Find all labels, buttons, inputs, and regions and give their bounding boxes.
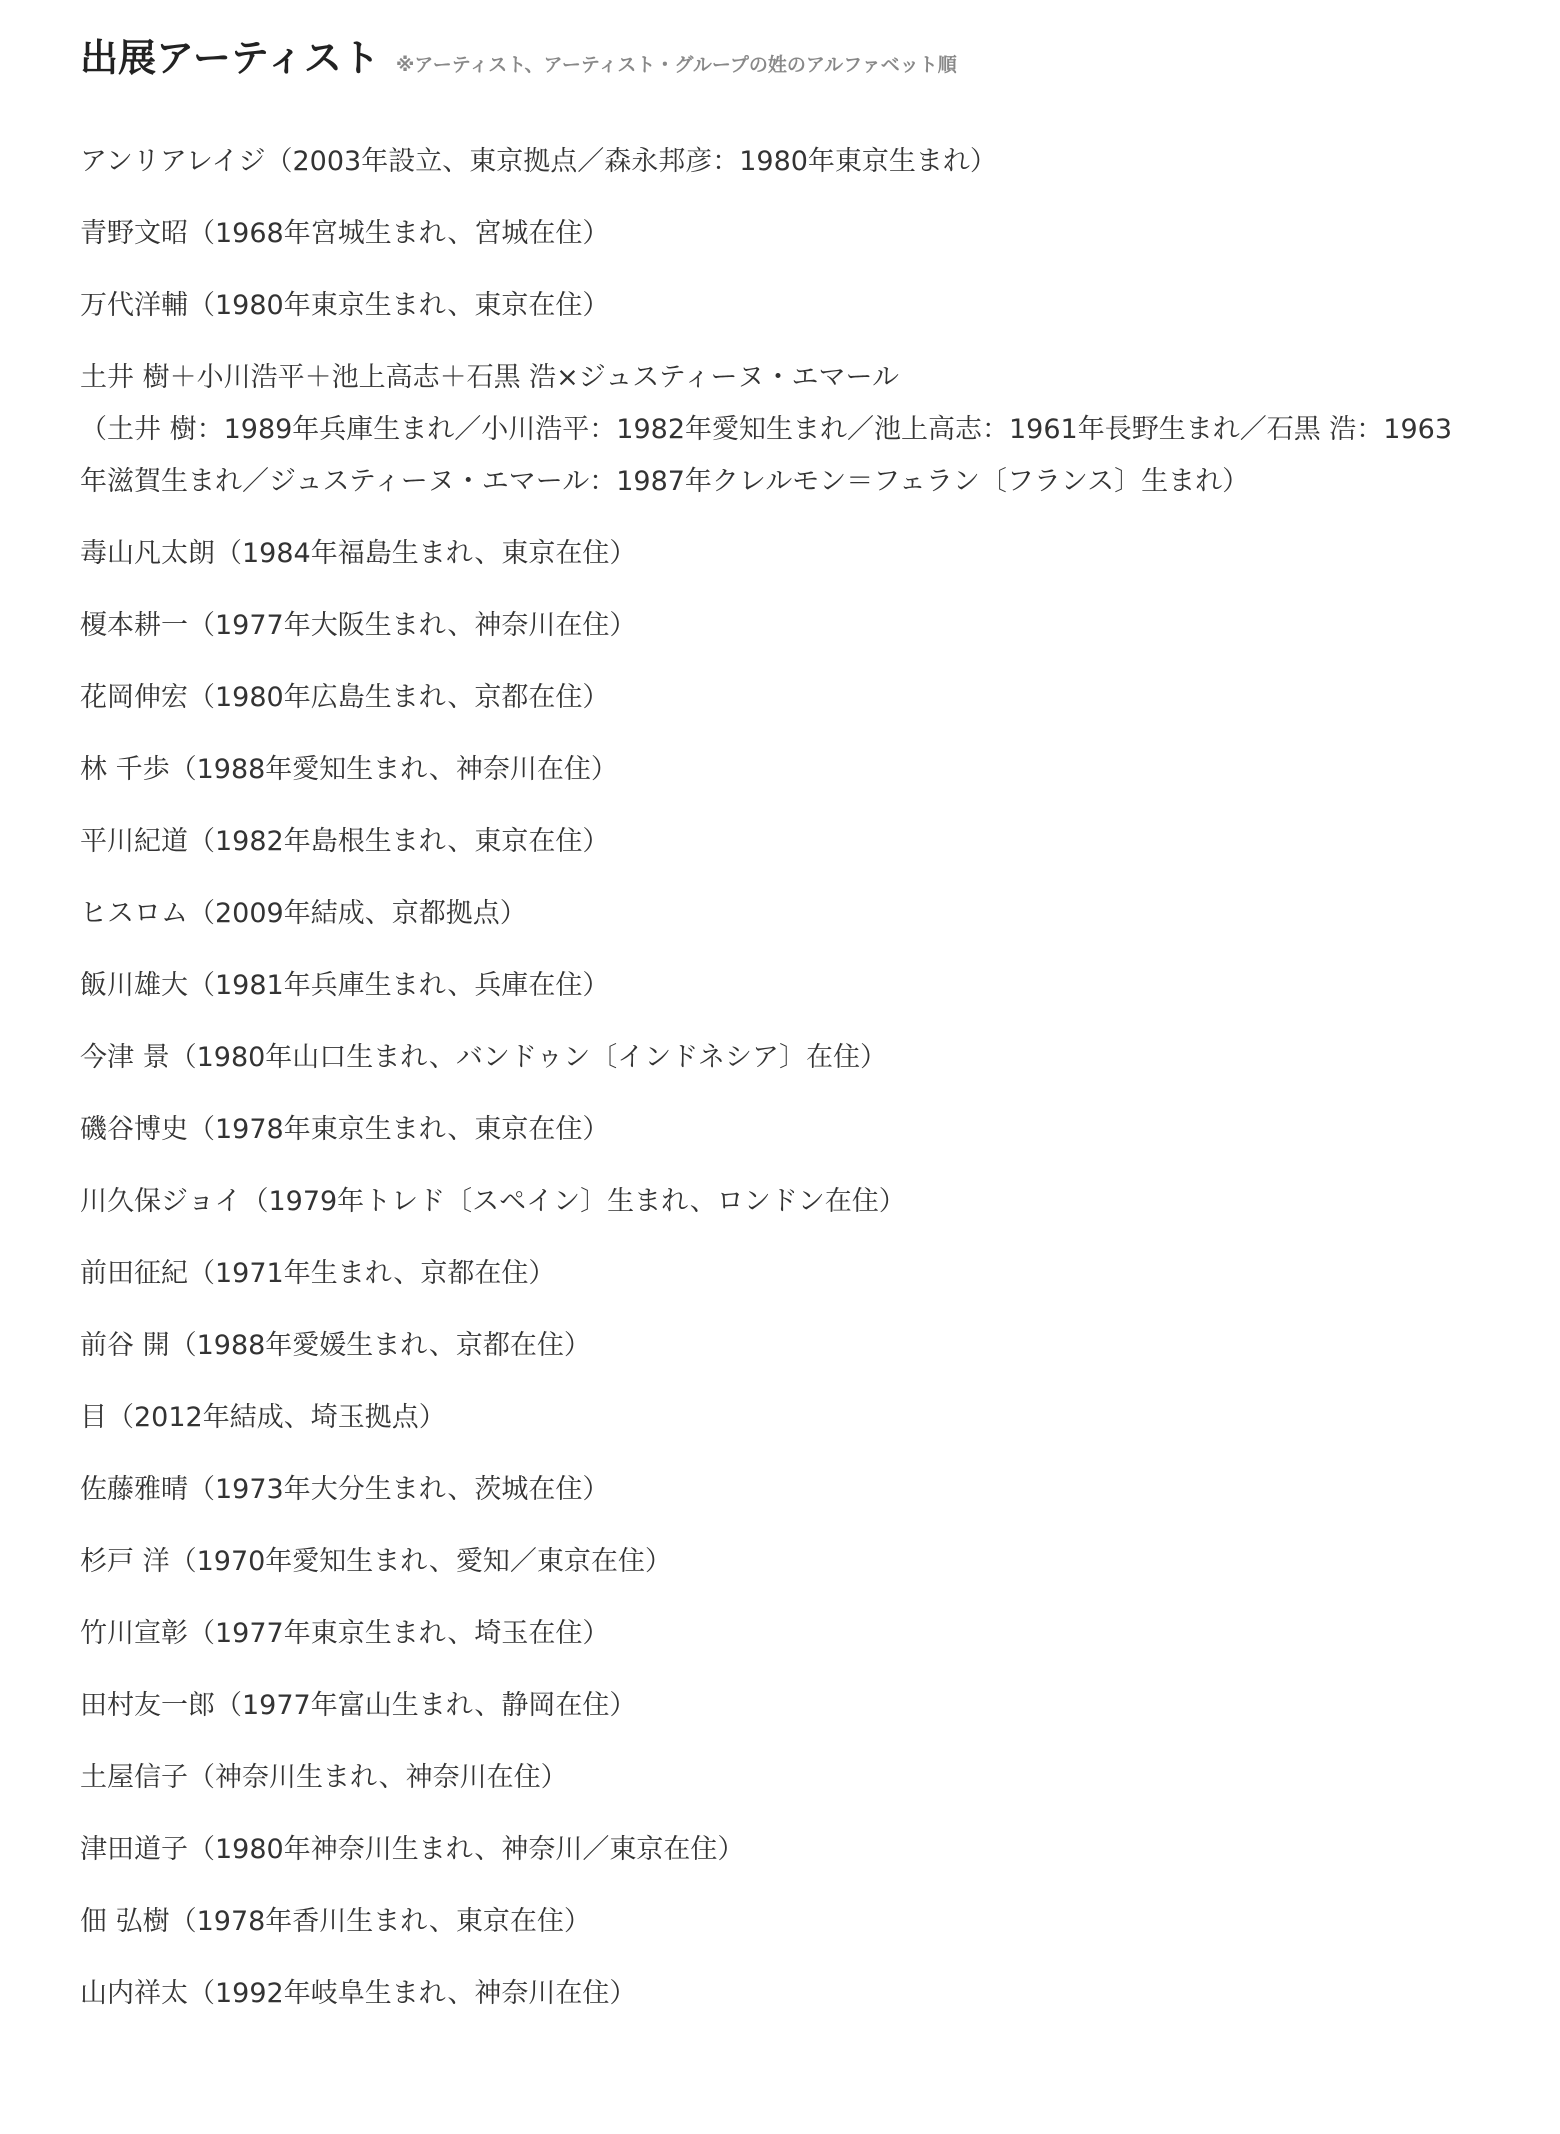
artist-item: 目（2012年結成、埼玉拠点） — [80, 1392, 1475, 1444]
artist-name: 佃 弘樹 — [80, 1906, 170, 1937]
section-heading: 出展アーティスト ※アーティスト、アーティスト・グループの姓のアルファベット順 — [80, 36, 1480, 82]
artist-detail: （1992年岐阜生まれ、神奈川在住） — [188, 1978, 636, 2009]
artist-name: 川久保ジョイ — [80, 1186, 241, 1217]
artist-detail: （1978年東京生まれ、東京在住） — [188, 1114, 609, 1145]
artist-name: 目 — [80, 1402, 107, 1433]
artist-item: 川久保ジョイ（1979年トレド〔スペイン〕生まれ、ロンドン在住） — [80, 1176, 1475, 1228]
artist-item: 佃 弘樹（1978年香川生まれ、東京在住） — [80, 1896, 1475, 1948]
artist-item: 前田征紀（1971年生まれ、京都在住） — [80, 1248, 1475, 1300]
artist-name: 津田道子 — [80, 1834, 188, 1865]
artist-name: アンリアレイジ — [80, 146, 266, 177]
artist-name: ヒスロム — [80, 898, 188, 929]
artist-item: 林 千歩（1988年愛知生まれ、神奈川在住） — [80, 744, 1475, 796]
sort-order-note: ※アーティスト、アーティスト・グループの姓のアルファベット順 — [396, 54, 957, 77]
artist-item: 田村友一郎（1977年富山生まれ、静岡在住） — [80, 1680, 1475, 1732]
artist-detail: （1968年宮城生まれ、宮城在住） — [188, 218, 609, 249]
artist-detail: （土井 樹：1989年兵庫生まれ／小川浩平：1982年愛知生まれ／池上高志：19… — [80, 404, 1475, 508]
artist-detail: （1977年富山生まれ、静岡在住） — [215, 1690, 636, 1721]
artist-list: アンリアレイジ（2003年設立、東京拠点／森永邦彦：1980年東京生まれ） 青野… — [80, 136, 1480, 2020]
artist-item: 佐藤雅晴（1973年大分生まれ、茨城在住） — [80, 1464, 1475, 1516]
artist-item: 山内祥太（1992年岐阜生まれ、神奈川在住） — [80, 1968, 1475, 2020]
artist-list-page: 出展アーティスト ※アーティスト、アーティスト・グループの姓のアルファベット順 … — [0, 0, 1560, 2020]
artist-name: 前谷 開 — [80, 1330, 170, 1361]
artist-detail: （1977年大阪生まれ、神奈川在住） — [188, 610, 636, 641]
artist-detail: （1970年愛知生まれ、愛知／東京在住） — [170, 1546, 672, 1577]
artist-name: 万代洋輔 — [80, 290, 188, 321]
artist-name: 土屋信子 — [80, 1762, 188, 1793]
artist-name: 花岡伸宏 — [80, 682, 188, 713]
artist-name: 杉戸 洋 — [80, 1546, 170, 1577]
artist-item: アンリアレイジ（2003年設立、東京拠点／森永邦彦：1980年東京生まれ） — [80, 136, 1475, 188]
artist-item: 土屋信子（神奈川生まれ、神奈川在住） — [80, 1752, 1475, 1804]
page-title: 出展アーティスト — [80, 36, 380, 82]
artist-item: 万代洋輔（1980年東京生まれ、東京在住） — [80, 280, 1475, 332]
artist-detail: （1988年愛知生まれ、神奈川在住） — [170, 754, 618, 785]
artist-name: 前田征紀 — [80, 1258, 188, 1289]
artist-item: 前谷 開（1988年愛媛生まれ、京都在住） — [80, 1320, 1475, 1372]
artist-detail: （1980年東京生まれ、東京在住） — [188, 290, 609, 321]
artist-name: 佐藤雅晴 — [80, 1474, 188, 1505]
artist-name: 竹川宣彰 — [80, 1618, 188, 1649]
artist-name: 飯川雄大 — [80, 970, 188, 1001]
artist-detail: （1980年神奈川生まれ、神奈川／東京在住） — [188, 1834, 744, 1865]
artist-detail: （1977年東京生まれ、埼玉在住） — [188, 1618, 609, 1649]
artist-detail: （2009年結成、京都拠点） — [188, 898, 527, 929]
artist-item: 竹川宣彰（1977年東京生まれ、埼玉在住） — [80, 1608, 1475, 1660]
artist-name: 今津 景 — [80, 1042, 170, 1073]
artist-item: 榎本耕一（1977年大阪生まれ、神奈川在住） — [80, 600, 1475, 652]
artist-name: 毒山凡太朗 — [80, 538, 215, 569]
artist-item: 土井 樹＋小川浩平＋池上高志＋石黒 浩×ジュスティーヌ・エマール（土井 樹：19… — [80, 352, 1475, 508]
artist-detail: （神奈川生まれ、神奈川在住） — [188, 1762, 568, 1793]
artist-item: 今津 景（1980年山口生まれ、バンドゥン〔インドネシア〕在住） — [80, 1032, 1475, 1084]
artist-detail: （1984年福島生まれ、東京在住） — [215, 538, 636, 569]
artist-item: 青野文昭（1968年宮城生まれ、宮城在住） — [80, 208, 1475, 260]
artist-name: 山内祥太 — [80, 1978, 188, 2009]
artist-item: 飯川雄大（1981年兵庫生まれ、兵庫在住） — [80, 960, 1475, 1012]
artist-item: 杉戸 洋（1970年愛知生まれ、愛知／東京在住） — [80, 1536, 1475, 1588]
artist-detail: （1980年山口生まれ、バンドゥン〔インドネシア〕在住） — [170, 1042, 887, 1073]
artist-detail: （1979年トレド〔スペイン〕生まれ、ロンドン在住） — [241, 1186, 905, 1217]
artist-detail: （1988年愛媛生まれ、京都在住） — [170, 1330, 591, 1361]
artist-detail: （1978年香川生まれ、東京在住） — [170, 1906, 591, 1937]
artist-detail: （1973年大分生まれ、茨城在住） — [188, 1474, 609, 1505]
artist-detail: （1981年兵庫生まれ、兵庫在住） — [188, 970, 609, 1001]
artist-name: 土井 樹＋小川浩平＋池上高志＋石黒 浩×ジュスティーヌ・エマール — [80, 362, 899, 393]
artist-detail: （1980年広島生まれ、京都在住） — [188, 682, 609, 713]
artist-name: 青野文昭 — [80, 218, 188, 249]
artist-name: 平川紀道 — [80, 826, 188, 857]
artist-item: 花岡伸宏（1980年広島生まれ、京都在住） — [80, 672, 1475, 724]
artist-item: 毒山凡太朗（1984年福島生まれ、東京在住） — [80, 528, 1475, 580]
artist-name: 田村友一郎 — [80, 1690, 215, 1721]
artist-item: 磯谷博史（1978年東京生まれ、東京在住） — [80, 1104, 1475, 1156]
artist-detail: （1982年島根生まれ、東京在住） — [188, 826, 609, 857]
artist-detail: （1971年生まれ、京都在住） — [188, 1258, 555, 1289]
artist-item: 津田道子（1980年神奈川生まれ、神奈川／東京在住） — [80, 1824, 1475, 1876]
artist-item: ヒスロム（2009年結成、京都拠点） — [80, 888, 1475, 940]
artist-name: 林 千歩 — [80, 754, 170, 785]
artist-name: 磯谷博史 — [80, 1114, 188, 1145]
artist-detail: （2003年設立、東京拠点／森永邦彦：1980年東京生まれ） — [266, 146, 997, 177]
artist-name: 榎本耕一 — [80, 610, 188, 641]
artist-detail: （2012年結成、埼玉拠点） — [107, 1402, 446, 1433]
artist-item: 平川紀道（1982年島根生まれ、東京在住） — [80, 816, 1475, 868]
